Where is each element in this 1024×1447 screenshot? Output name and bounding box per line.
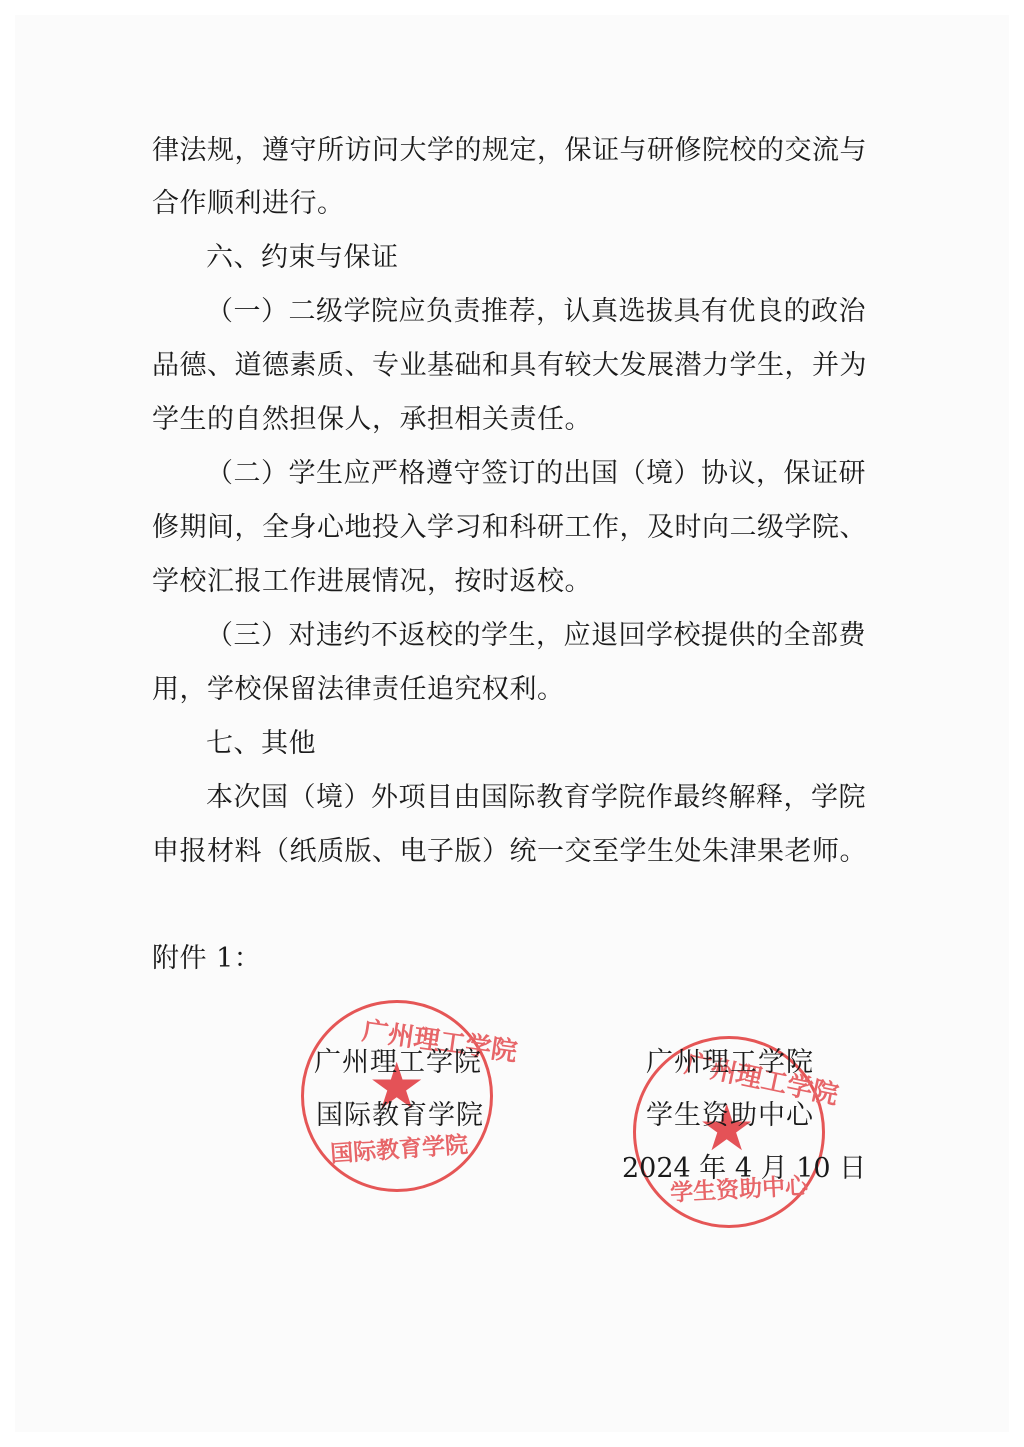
attachment-label: 附件 1： <box>152 942 261 976</box>
clause-1-line-3: 学生的自然担保人，承担相关责任。 <box>152 403 592 437</box>
other-line-2: 申报材料（纸质版、电子版）统一交至学生处朱津果老师。 <box>152 835 864 869</box>
clause-2-line-3: 学校汇报工作进展情况，按时返校。 <box>152 565 592 599</box>
clause-3-line-1: （三）对违约不返校的学生，应退回学校提供的全部费 <box>206 619 864 653</box>
body-line-2: 合作顺利进行。 <box>152 187 345 221</box>
section-heading-7: 七、其他 <box>206 727 316 761</box>
signature-date: 2024 年 4 月 10 日 <box>622 1152 866 1186</box>
other-line-1: 本次国（境）外项目由国际教育学院作最终解释，学院 <box>206 781 864 815</box>
signature-right-line-2: 学生资助中心 <box>646 1099 814 1133</box>
clause-2-line-1: （二）学生应严格遵守签订的出国（境）协议，保证研 <box>206 457 864 491</box>
signature-right-line-1: 广州理工学院 <box>646 1046 814 1080</box>
stamp-international-education: 广州理工学院 ★ 国际教育学院 <box>301 1000 493 1192</box>
clause-1-line-1: （一）二级学院应负责推荐，认真选拔具有优良的政治 <box>206 295 864 329</box>
clause-2-line-2: 修期间，全身心地投入学习和科研工作，及时向二级学院、 <box>152 511 864 545</box>
body-line-1: 律法规，遵守所访问大学的规定，保证与研修院校的交流与 <box>152 134 864 168</box>
clause-3-line-2: 用，学校保留法律责任追究权利。 <box>152 673 565 707</box>
signature-left-line-1: 广州理工学院 <box>314 1046 482 1080</box>
signature-left-line-2: 国际教育学院 <box>316 1099 484 1133</box>
section-heading-6: 六、约束与保证 <box>206 241 399 275</box>
document-page <box>15 15 1009 1432</box>
clause-1-line-2: 品德、道德素质、专业基础和具有较大发展潜力学生，并为 <box>152 349 864 383</box>
